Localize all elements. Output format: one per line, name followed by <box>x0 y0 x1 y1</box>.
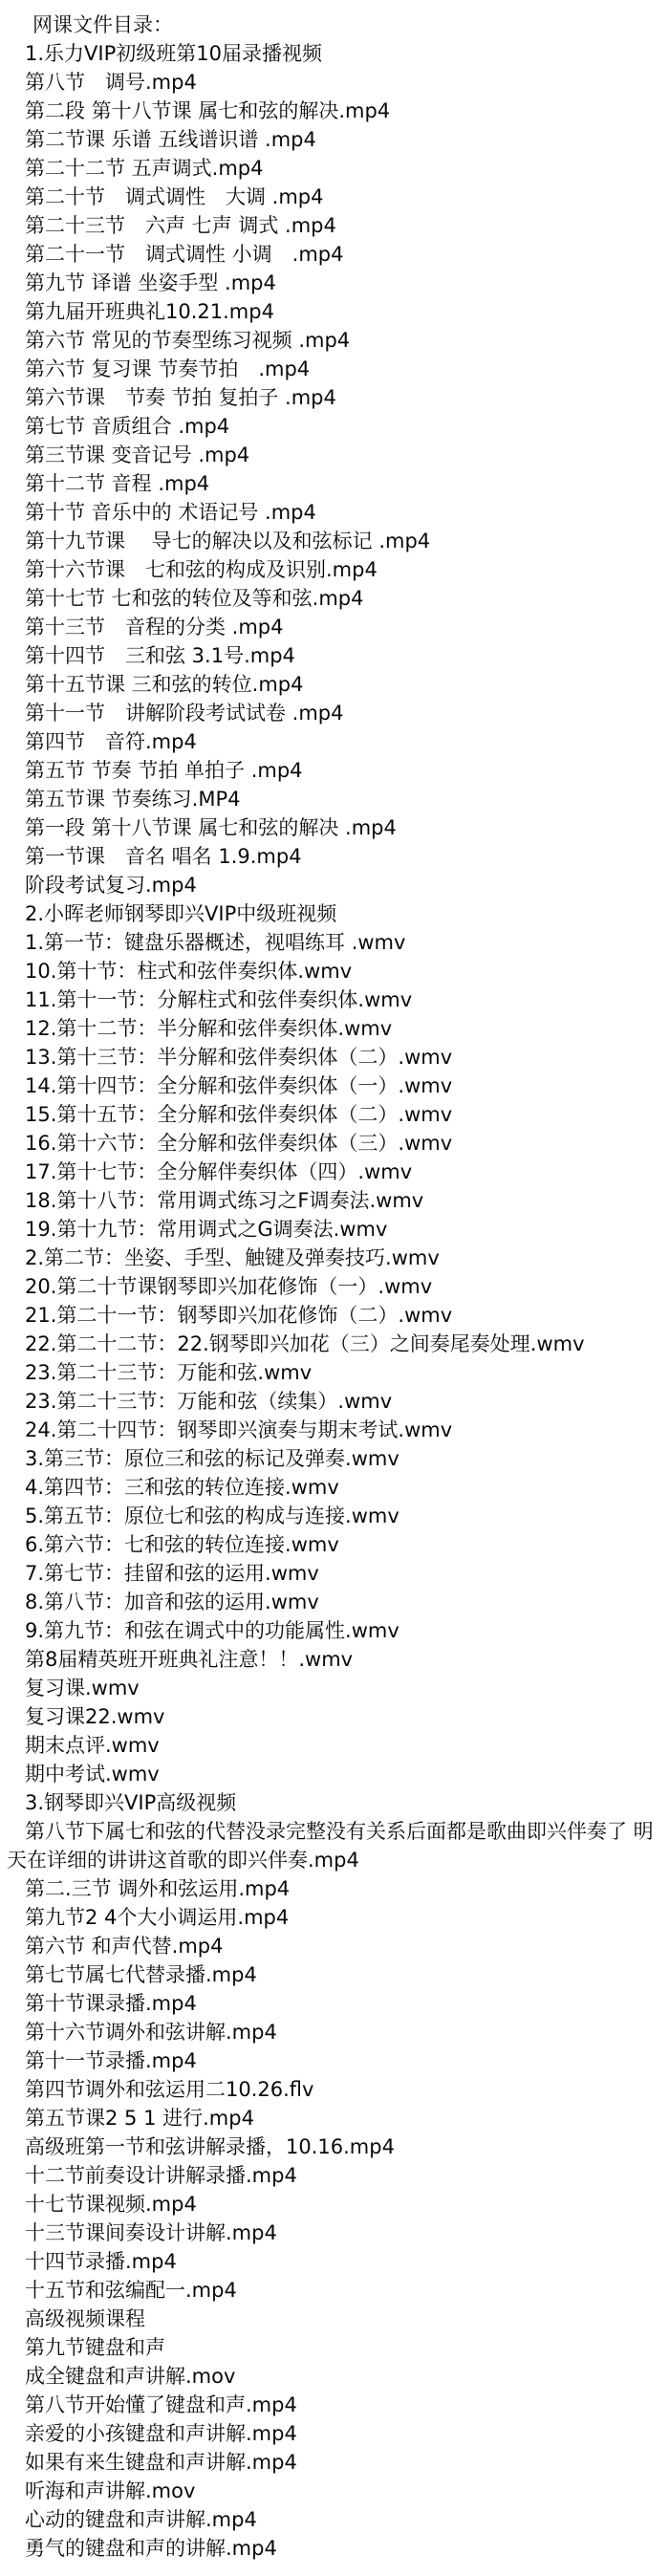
file-item: 第三节课 变音记号 .mp4 <box>25 441 661 469</box>
file-item: 第七节属七代替录播.mp4 <box>25 1960 661 1989</box>
file-item: 6.第六节：七和弦的转位连接.wmv <box>25 1530 661 1559</box>
file-item: 第十二节 音程 .mp4 <box>25 469 661 498</box>
file-item: 19.第十九节：常用调式之G调奏法.wmv <box>25 1215 661 1244</box>
file-item: 8.第八节：加音和弦的运用.wmv <box>25 1588 661 1616</box>
file-item: 听海和声讲解.mov <box>25 2477 661 2505</box>
file-item: 十四节录播.mp4 <box>25 2247 661 2276</box>
file-item: 亲爱的小孩键盘和声讲解.mp4 <box>25 2419 661 2448</box>
file-item: 5.第五节：原位七和弦的构成与连接.wmv <box>25 1502 661 1530</box>
file-item: 第六节 和声代替.mp4 <box>25 1932 661 1960</box>
file-item: 18.第十八节：常用调式练习之F调奏法.wmv <box>25 1186 661 1215</box>
file-item: 第五节 节奏 节拍 单拍子 .mp4 <box>25 756 661 785</box>
file-item: 第八节开始懂了键盘和声.mp4 <box>25 2391 661 2419</box>
page-title: 网课文件目录： <box>25 11 661 39</box>
file-item: 第六节 复习课 节奏节拍 .mp4 <box>25 355 661 383</box>
file-item: 勇气的键盘和声的讲解.mp4 <box>25 2534 661 2563</box>
file-item: 高级班第一节和弦讲解录播，10.16.mp4 <box>25 2132 661 2161</box>
file-item: 23.第二十三节：万能和弦（续集）.wmv <box>25 1387 661 1416</box>
file-item: 第二.三节 调外和弦运用.mp4 <box>25 1874 661 1903</box>
file-item: 第一段 第十八节课 属七和弦的解决 .mp4 <box>25 813 661 842</box>
file-item: 心动的键盘和声讲解.mp4 <box>25 2505 661 2534</box>
file-item: 第十三节 音程的分类 .mp4 <box>25 613 661 641</box>
file-item: 第四节 音符.mp4 <box>25 727 661 756</box>
file-item: 第二十节 调式调性 大调 .mp4 <box>25 183 661 211</box>
file-item: 复习课.wmv <box>25 1674 661 1702</box>
file-item: 第二节课 乐谱 五线谱识谱 .mp4 <box>25 125 661 154</box>
file-item: 24.第二十四节：钢琴即兴演奏与期末考试.wmv <box>25 1416 661 1444</box>
file-item: 复习课22.wmv <box>25 1702 661 1731</box>
file-item: 第五节课 节奏练习.MP4 <box>25 785 661 813</box>
file-item: 第8届精英班开班典礼注意！！.wmv <box>25 1645 661 1674</box>
file-item: 第十六节课 七和弦的构成及识别.mp4 <box>25 555 661 584</box>
file-item: 21.第二十一节：钢琴即兴加花修饰（二）.wmv <box>25 1301 661 1330</box>
file-item: 第九节2 4个大小调运用.mp4 <box>25 1903 661 1932</box>
file-item: 第二十一节 调式调性 小调 .mp4 <box>25 240 661 269</box>
file-item: 3.第三节：原位三和弦的标记及弹奏.wmv <box>25 1444 661 1473</box>
course-file-directory-document: 网课文件目录： 1.乐力VIP初级班第10届录播视频第八节 调号.mp4第二段 … <box>0 0 669 2576</box>
file-item: 20.第二十节课钢琴即兴加花修饰（一）.wmv <box>25 1272 661 1301</box>
file-item: 第十节 音乐中的 术语记号 .mp4 <box>25 498 661 527</box>
file-item: 第七节 音质组合 .mp4 <box>25 412 661 441</box>
file-item: 13.第十三节：半分解和弦伴奏织体（二）.wmv <box>25 1043 661 1072</box>
file-item: 十五节和弦编配一.mp4 <box>25 2276 661 2305</box>
file-item: 17.第十七节：全分解伴奏织体（四）.wmv <box>25 1158 661 1186</box>
file-item: 9.第九节：和弦在调式中的功能属性.wmv <box>25 1616 661 1645</box>
file-item: 第八节下属七和弦的代替没录完整没有关系后面都是歌曲即兴伴奏了 明天在详细的讲讲这… <box>7 1817 661 1874</box>
file-list: 1.乐力VIP初级班第10届录播视频第八节 调号.mp4第二段 第十八节课 属七… <box>25 39 661 2563</box>
section-heading: 3.钢琴即兴VIP高级视频 <box>25 1788 661 1817</box>
file-item: 期中考试.wmv <box>25 1760 661 1788</box>
file-item: 第二十三节 六声 七声 调式 .mp4 <box>25 211 661 240</box>
file-item: 第十节课录播.mp4 <box>25 1989 661 2018</box>
file-item: 十二节前奏设计讲解录播.mp4 <box>25 2161 661 2190</box>
file-item: 第八节 调号.mp4 <box>25 68 661 97</box>
file-item: 第十一节录播.mp4 <box>25 2046 661 2075</box>
file-item: 2.第二节：坐姿、手型、触键及弹奏技巧.wmv <box>25 1244 661 1272</box>
section-heading: 1.乐力VIP初级班第10届录播视频 <box>25 39 661 68</box>
file-item: 十三节课间奏设计讲解.mp4 <box>25 2219 661 2247</box>
file-item: 12.第十二节：半分解和弦伴奏织体.wmv <box>25 1014 661 1043</box>
file-item: 阶段考试复习.mp4 <box>25 871 661 899</box>
file-item: 1.第一节：键盘乐器概述，视唱练耳 .wmv <box>25 928 661 957</box>
file-item: 第九届开班典礼10.21.mp4 <box>25 297 661 326</box>
file-item: 第四节调外和弦运用二10.26.flv <box>25 2075 661 2104</box>
file-item: 11.第十一节：分解柱式和弦伴奏织体.wmv <box>25 985 661 1014</box>
file-item: 第六节 常见的节奏型练习视频 .mp4 <box>25 326 661 355</box>
file-item: 第九节键盘和声 <box>25 2333 661 2362</box>
file-item: 15.第十五节：全分解和弦伴奏织体（二）.wmv <box>25 1100 661 1129</box>
file-item: 第十九节课 导七的解决以及和弦标记 .mp4 <box>25 527 661 555</box>
section-heading: 2.小晖老师钢琴即兴VIP中级班视频 <box>25 899 661 928</box>
file-item: 十七节课视频.mp4 <box>25 2190 661 2219</box>
file-item: 23.第二十三节：万能和弦.wmv <box>25 1358 661 1387</box>
file-item: 22.第二十二节：22.钢琴即兴加花（三）之间奏尾奏处理.wmv <box>25 1330 661 1358</box>
file-item: 高级视频课程 <box>25 2305 661 2333</box>
file-item: 4.第四节：三和弦的转位连接.wmv <box>25 1473 661 1502</box>
file-item: 第十一节 讲解阶段考试试卷 .mp4 <box>25 699 661 727</box>
file-item: 第十四节 三和弦 3.1号.mp4 <box>25 641 661 670</box>
file-item: 第十七节 七和弦的转位及等和弦.mp4 <box>25 584 661 613</box>
file-item: 第二十二节 五声调式.mp4 <box>25 154 661 183</box>
file-item: 7.第七节：挂留和弦的运用.wmv <box>25 1559 661 1588</box>
file-item: 第十六节调外和弦讲解.mp4 <box>25 2018 661 2046</box>
file-item: 第一节课 音名 唱名 1.9.mp4 <box>25 842 661 871</box>
file-item: 如果有来生键盘和声讲解.mp4 <box>25 2448 661 2477</box>
file-item: 14.第十四节：全分解和弦伴奏织体（一）.wmv <box>25 1072 661 1100</box>
file-item: 第六节课 节奏 节拍 复拍子 .mp4 <box>25 383 661 412</box>
file-item: 10.第十节：柱式和弦伴奏织体.wmv <box>25 957 661 985</box>
file-item: 期末点评.wmv <box>25 1731 661 1760</box>
file-item: 成全键盘和声讲解.mov <box>25 2362 661 2391</box>
file-item: 16.第十六节：全分解和弦伴奏织体（三）.wmv <box>25 1129 661 1158</box>
file-item: 第二段 第十八节课 属七和弦的解决.mp4 <box>25 97 661 125</box>
file-item: 第九节 译谱 坐姿手型 .mp4 <box>25 269 661 297</box>
file-item: 第五节课2 5 1 进行.mp4 <box>25 2104 661 2132</box>
file-item: 第十五节课 三和弦的转位.mp4 <box>25 670 661 699</box>
